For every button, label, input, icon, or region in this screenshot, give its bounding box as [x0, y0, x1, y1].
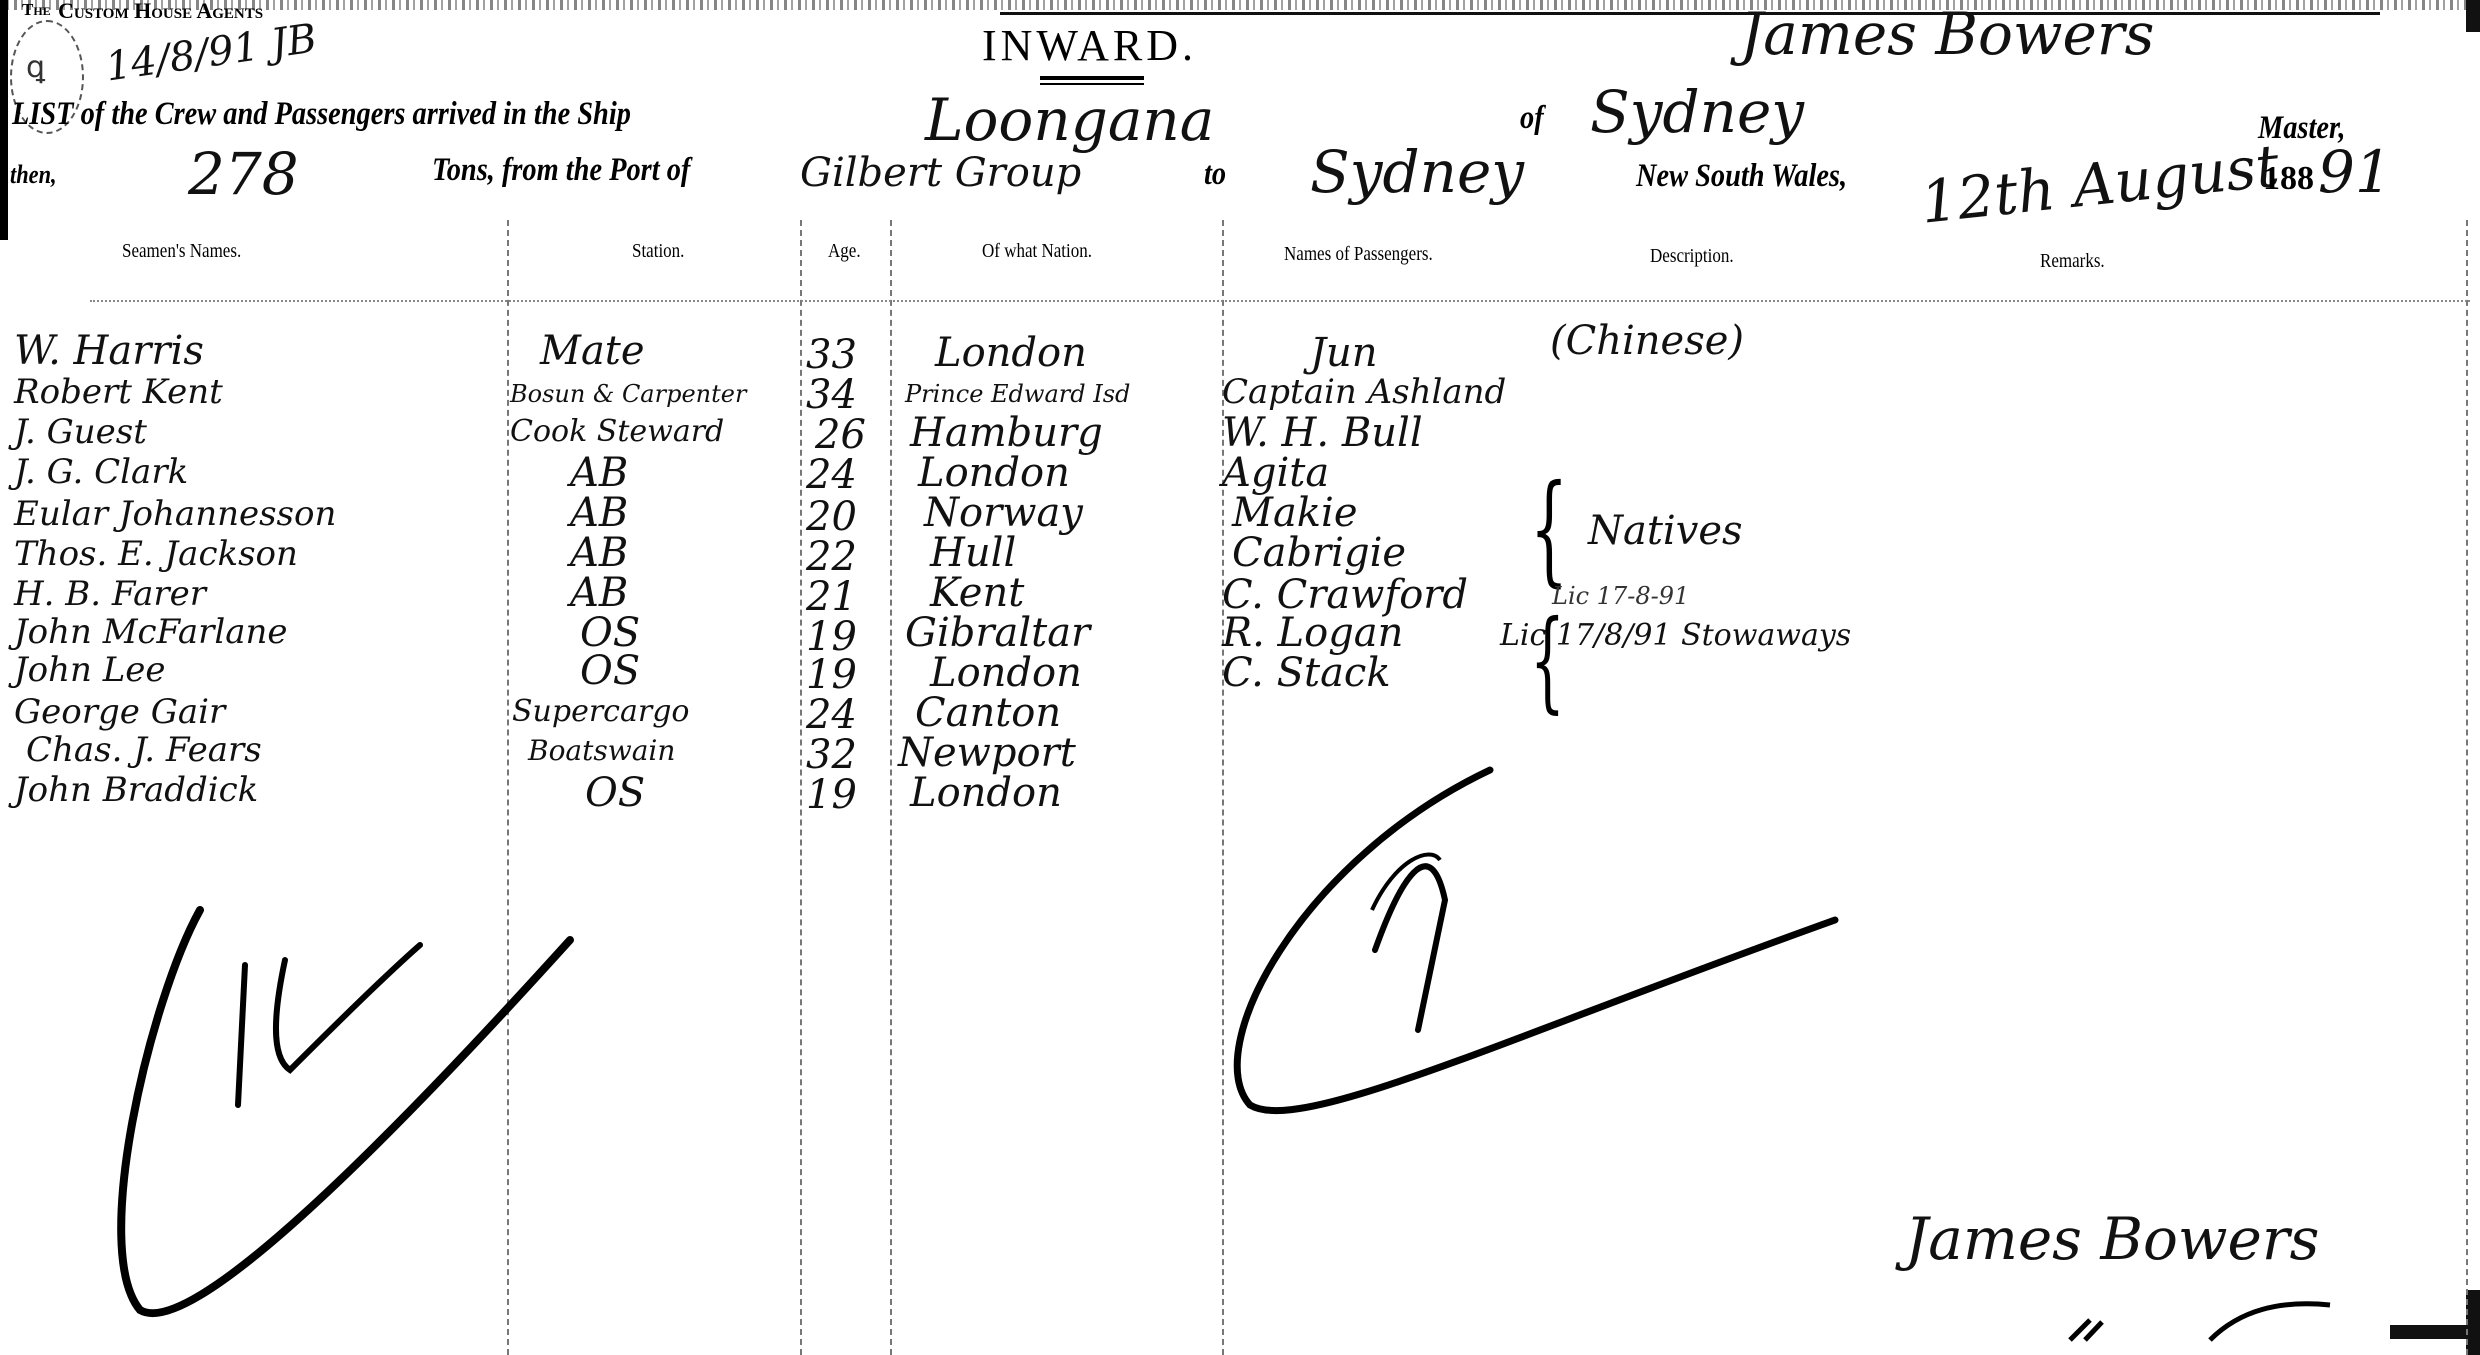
crew-count-mark: 12 [315, 960, 316, 961]
passenger-count-mark: 9 [1385, 860, 1386, 861]
tally-marks-layer [0, 0, 2480, 1355]
master-signature-bottom: James Bowers [1905, 1205, 2319, 1273]
